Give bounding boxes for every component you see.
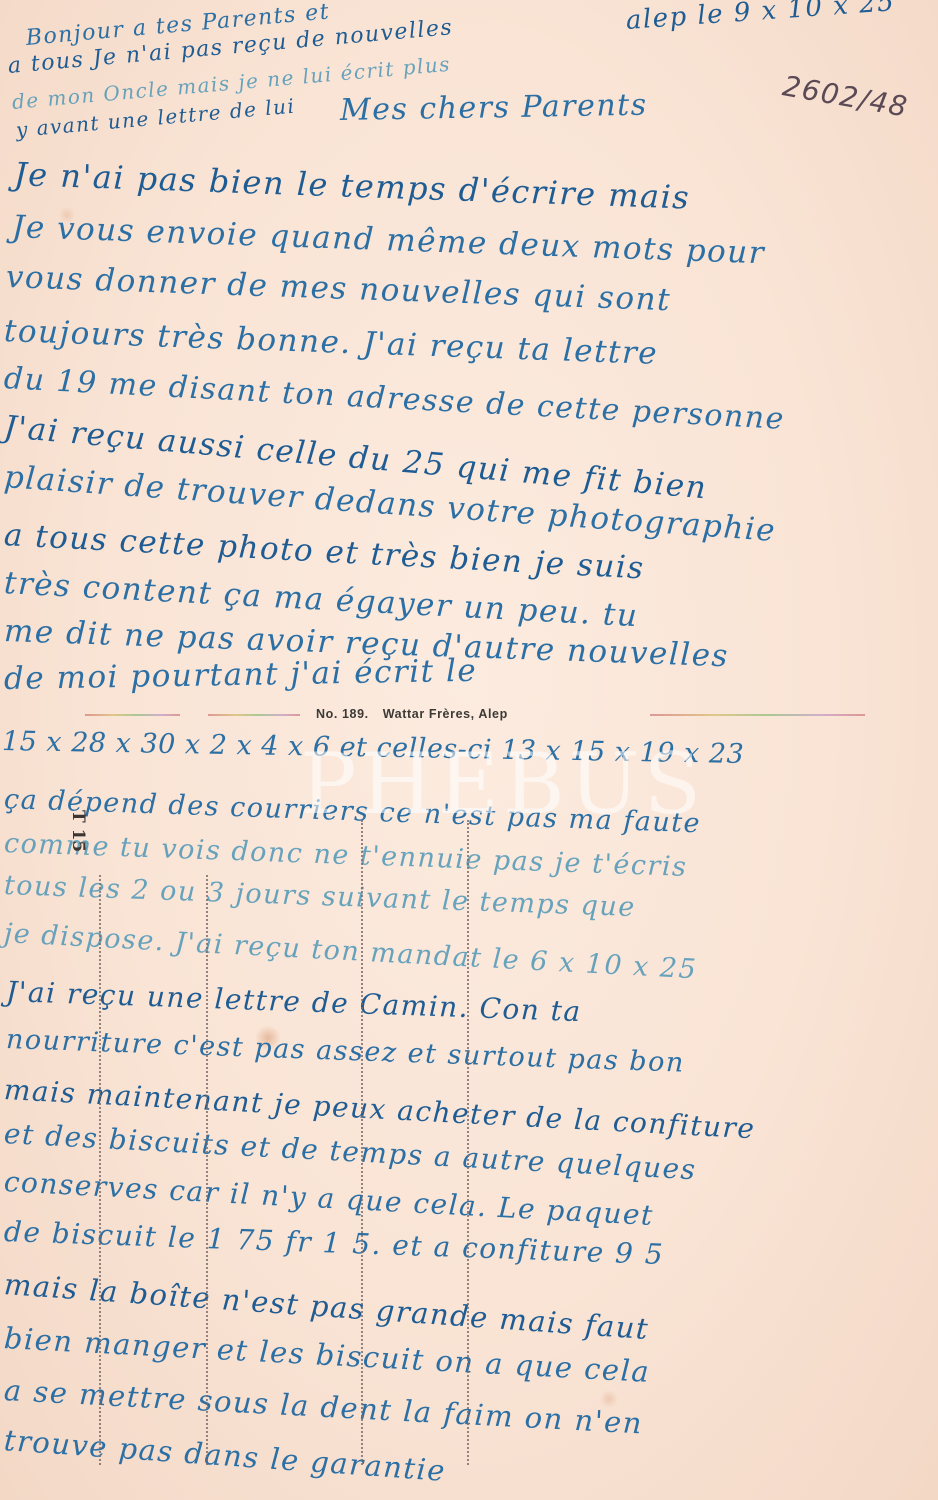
pencil-annotation: 2602/48 xyxy=(781,72,911,122)
divider-rule-right xyxy=(650,714,865,716)
body-line: nourriture c'est pas assez et surtout pa… xyxy=(6,1026,686,1077)
salutation: Mes chers Parents xyxy=(340,91,648,126)
body-line: trouve pas dans le garantie xyxy=(3,1426,447,1486)
stamp-mark: T 15 xyxy=(68,810,88,852)
body-line: J'ai reçu une lettre de Camin. Con ta xyxy=(6,978,583,1026)
body-line: Je n'ai pas bien le temps d'écrire mais xyxy=(13,158,690,214)
card-number: No. 189. xyxy=(316,707,369,721)
address-guide-line xyxy=(206,875,208,1465)
body-line: toujours très bonne. J'ai reçu ta lettre xyxy=(3,316,658,370)
publisher-name: Wattar Frères, Alep xyxy=(383,707,508,721)
body-line: 15 x 28 x 30 x 2 x 4 x 6 et celles-ci 13… xyxy=(2,728,745,768)
address-guide-line xyxy=(361,820,363,1465)
divider-rule-left xyxy=(85,714,180,716)
address-guide-line xyxy=(467,820,469,1465)
body-line: de moi pourtant j'ai écrit le xyxy=(4,656,478,695)
address-guide-line xyxy=(99,875,101,1465)
body-line: Je vous envoie quand même deux mots pour xyxy=(11,212,765,269)
body-line: vous donner de mes nouvelles qui sont xyxy=(5,262,671,316)
printed-caption: No. 189.Wattar Frères, Alep xyxy=(316,707,522,721)
postcard-back: Bonjour a tes Parents et a tous Je n'ai … xyxy=(0,0,938,1500)
body-line: ça dépend des courriers ce n'est pas ma … xyxy=(4,786,702,837)
body-line: je dispose. J'ai reçu ton mandat le 6 x … xyxy=(3,920,698,983)
date-note: alep le 9 x 10 x 25 xyxy=(625,0,896,34)
divider-rule-left xyxy=(208,714,300,716)
